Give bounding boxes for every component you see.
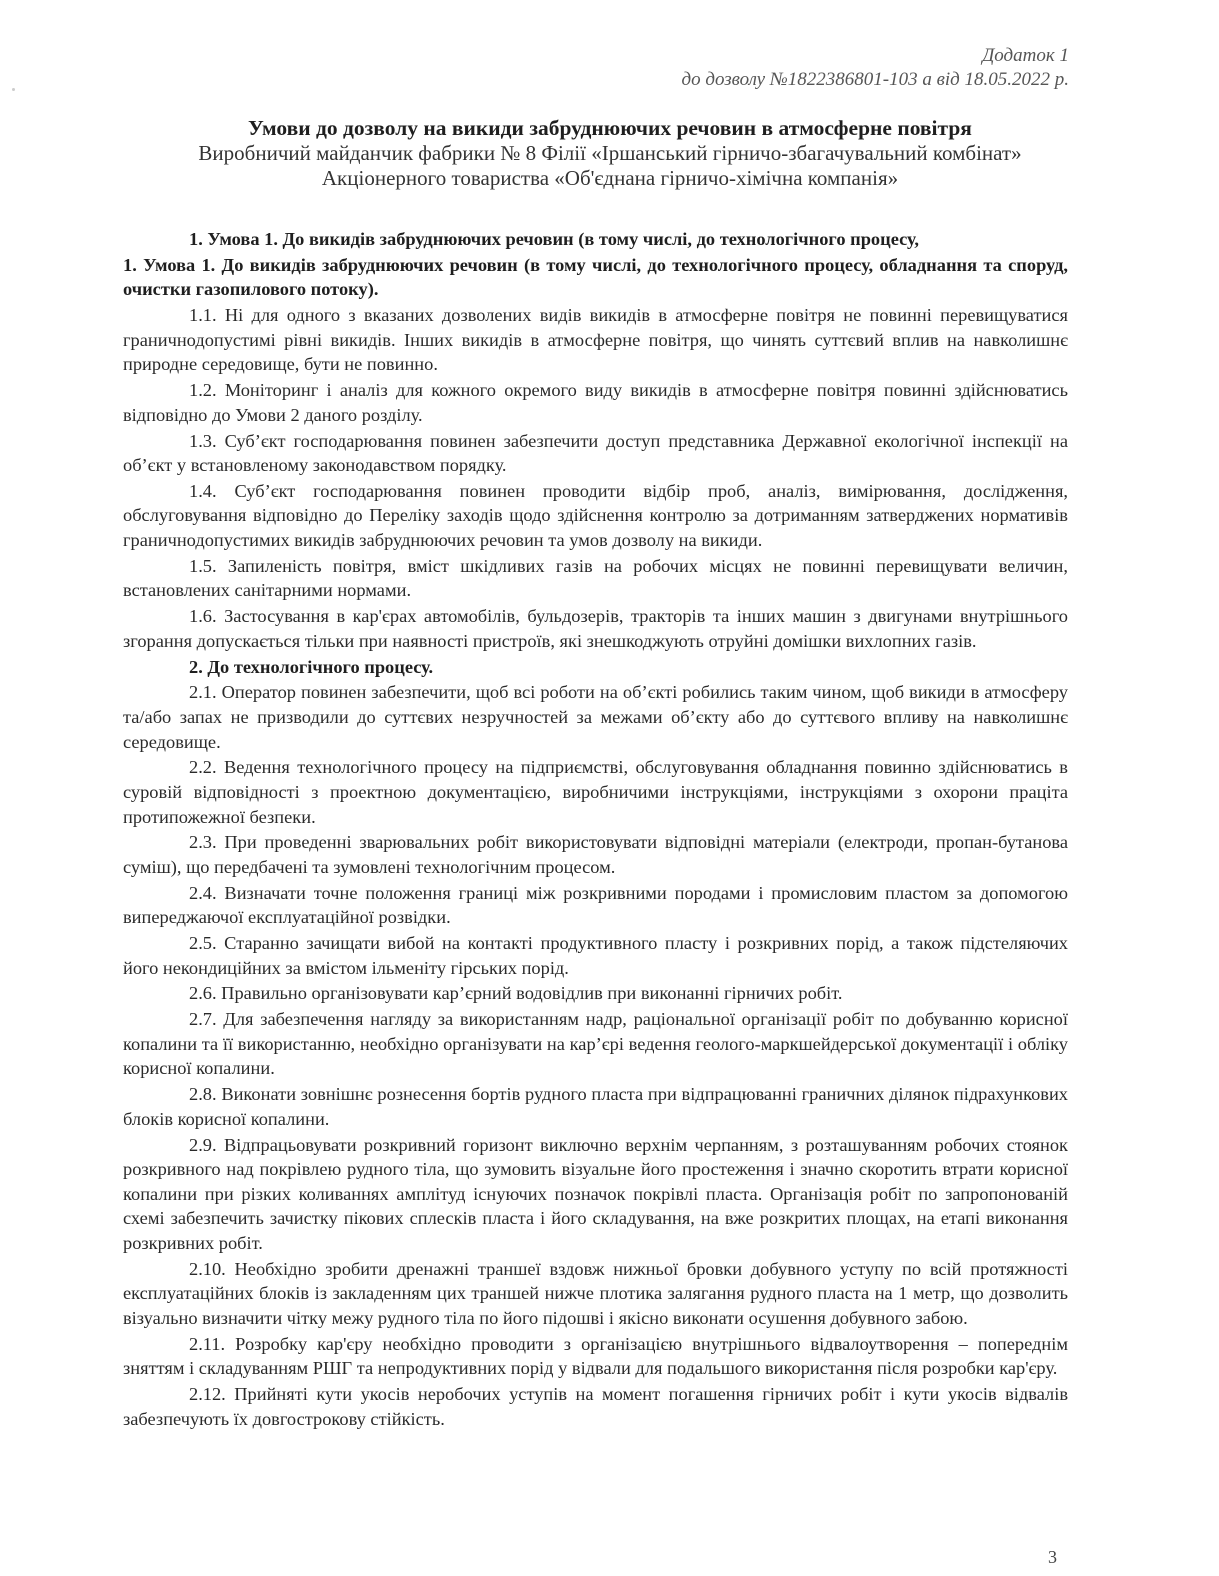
document-page: Додаток 1 до дозволу №1822386801-103 а в… <box>0 0 1219 1576</box>
document-subtitle-1: Виробничий майданчик фабрики № 8 Філії «… <box>110 141 1110 166</box>
clause-2-7: 2.7. Для забезпечення нагляду за викорис… <box>123 1007 1068 1081</box>
clause-1-4: 1.4. Суб’єкт господарювання повинен пров… <box>123 479 1068 553</box>
annex-reference: Додаток 1 до дозволу №1822386801-103 а в… <box>681 44 1069 92</box>
section-1-heading: 1. Умова 1. До викидів забруднюючих речо… <box>123 253 1068 302</box>
clause-2-11: 2.11. Розробку кар'єру необхідно проводи… <box>123 1332 1068 1381</box>
clause-2-8: 2.8. Виконати зовнішнє рознесення бортів… <box>123 1082 1068 1131</box>
clause-2-12: 2.12. Прийняті кути укосів неробочих уст… <box>123 1382 1068 1431</box>
document-header: Умови до дозволу на викиди забруднюючих … <box>110 115 1110 191</box>
document-body: 1. Умова 1. До викидів забруднюючих речо… <box>123 227 1068 1432</box>
clause-1-6: 1.6. Застосування в кар'єрах автомобілів… <box>123 604 1068 653</box>
clause-2-6: 2.6. Правильно організовувати кар’єрний … <box>123 981 1068 1006</box>
clause-1-1: 1.1. Ні для одного з вказаних дозволених… <box>123 303 1068 377</box>
clause-2-9: 2.9. Відпрацьовувати розкривний горизонт… <box>123 1133 1068 1256</box>
section-2-heading: 2. До технологічного процесу. <box>123 655 1068 680</box>
section-1-heading-duplicate: 1. Умова 1. До викидів забруднюючих речо… <box>123 227 1068 252</box>
clause-1-5: 1.5. Запиленість повітря, вміст шкідливи… <box>123 554 1068 603</box>
annex-line-2: до дозволу №1822386801-103 а від 18.05.2… <box>681 68 1069 92</box>
clause-2-10: 2.10. Необхідно зробити дренажні траншеї… <box>123 1257 1068 1331</box>
clause-2-1: 2.1. Оператор повинен забезпечити, щоб в… <box>123 680 1068 754</box>
clause-2-3: 2.3. При проведенні зварювальних робіт в… <box>123 830 1068 879</box>
scan-speck <box>12 88 15 91</box>
clause-2-2: 2.2. Ведення технологічного процесу на п… <box>123 755 1068 829</box>
clause-1-2: 1.2. Моніторинг і аналіз для кожного окр… <box>123 378 1068 427</box>
clause-2-4: 2.4. Визначати точне положення границі м… <box>123 881 1068 930</box>
clause-1-3: 1.3. Суб’єкт господарювання повинен забе… <box>123 429 1068 478</box>
page-number: 3 <box>1048 1547 1057 1568</box>
document-title: Умови до дозволу на викиди забруднюючих … <box>110 115 1110 141</box>
annex-line-1: Додаток 1 <box>681 44 1069 68</box>
clause-2-5: 2.5. Старанно зачищати вибой на контакті… <box>123 931 1068 980</box>
document-subtitle-2: Акціонерного товариства «Об'єднана гірни… <box>110 166 1110 191</box>
